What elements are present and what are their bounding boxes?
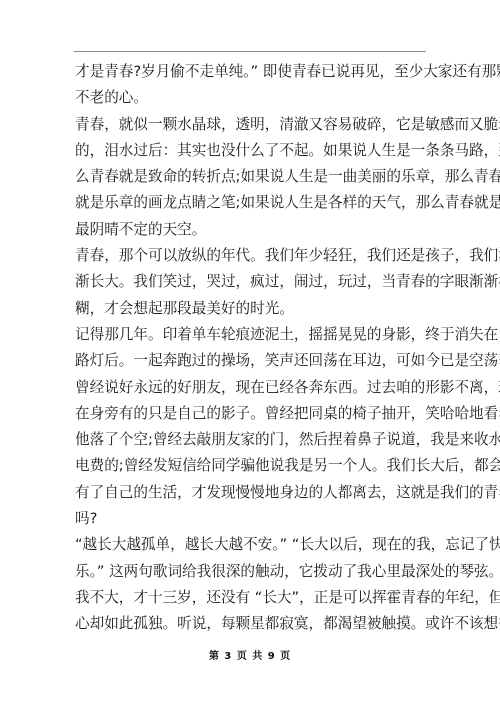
text-line: 电费的;曾经发短信给同学骗他说我是另一个人。我们长大后，都会 xyxy=(75,453,425,479)
text-line: 他落了个空;曾经去敲朋友家的门，然后捏着鼻子说道，我是来收水 xyxy=(75,427,425,453)
text-line: 糊，才会想起那段最美好的时光。 xyxy=(75,296,425,322)
document-body: 才是青春?岁月偷不走单纯。” 即使青春已说再见，至少大家还有那颗 不老的心。 青… xyxy=(75,59,425,638)
page-number-footer: 第 3 页 共 9 页 xyxy=(0,647,500,662)
text-line: 乐。” 这两句歌词给我很深的触动，它拨动了我心里最深处的琴弦。 xyxy=(75,559,425,585)
text-line: 青春，那个可以放纵的年代。我们年少轻狂，我们还是孩子，我们渐 xyxy=(75,243,425,269)
text-line: 在身旁有的只是自己的影子。曾经把同桌的椅子抽开，笑哈哈地看着 xyxy=(75,401,425,427)
text-line: 青春，就似一颗水晶球，透明，清澈又容易破碎，它是敏感而又脆弱 xyxy=(75,112,425,138)
text-line: 路灯后。一起奔跑过的操场，笑声还回荡在耳边，可如今已是空荡荡。 xyxy=(75,348,425,374)
text-line: 有了自己的生活，才发现慢慢地身边的人都离去，这就是我们的青春 xyxy=(75,480,425,506)
text-line: 么青春就是致命的转折点;如果说人生是一曲美丽的乐章，那么青春 xyxy=(75,164,425,190)
text-line: 记得那几年。印着单车轮痕迹泥土，摇摇晃晃的身影，终于消失在了 xyxy=(75,322,425,348)
text-line: 不老的心。 xyxy=(75,85,425,111)
text-line: 就是乐章的画龙点睛之笔;如果说人生是各样的天气，那么青春就是 xyxy=(75,190,425,216)
text-line: 吗? xyxy=(75,506,425,532)
text-line: 我不大，才十三岁，还没有 “长大”，正是可以挥霍青春的年纪，但 xyxy=(75,585,425,611)
text-line: 最阴晴不定的天空。 xyxy=(75,217,425,243)
text-line: 渐长大。我们笑过，哭过，疯过，闹过，玩过，当青春的字眼渐渐模 xyxy=(75,269,425,295)
text-line: 心却如此孤独。听说，每颗星都寂寞，都渴望被触摸。或许不该想得 xyxy=(75,611,425,637)
text-line: 的，泪水过后：其实也没什么了不起。如果说人生是一条条马路，那 xyxy=(75,138,425,164)
text-line: “越长大越孤单，越长大越不安。” “长大以后，现在的我，忘记了快 xyxy=(75,532,425,558)
header-divider xyxy=(74,51,426,52)
document-page: 才是青春?岁月偷不走单纯。” 即使青春已说再见，至少大家还有那颗 不老的心。 青… xyxy=(0,0,500,707)
text-line: 曾经说好永远的好朋友，现在已经各奔东西。过去咱的形影不离，现 xyxy=(75,375,425,401)
text-line: 才是青春?岁月偷不走单纯。” 即使青春已说再见，至少大家还有那颗 xyxy=(75,59,425,85)
